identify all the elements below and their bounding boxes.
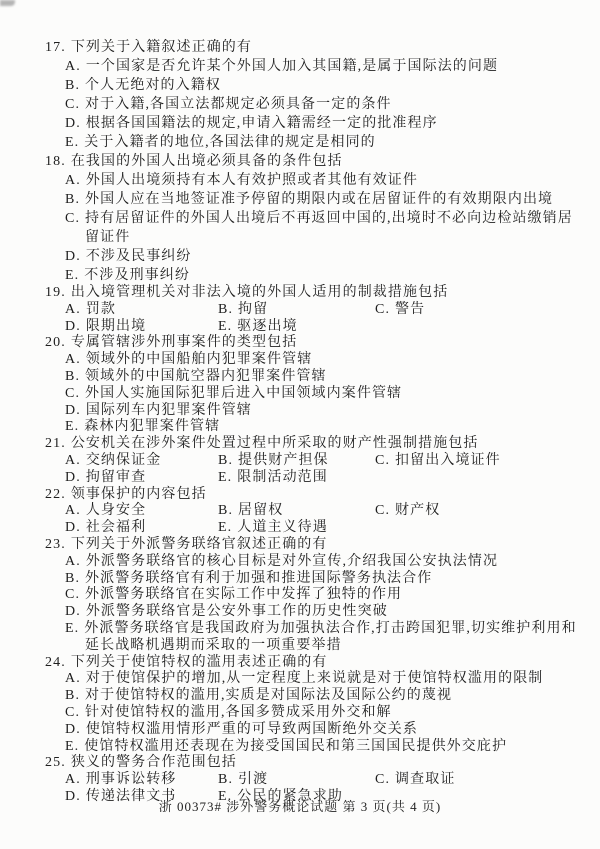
option-text: 关于入籍者的地位,各国法律的规定是相同的 — [84, 135, 376, 150]
option-label: D. — [65, 319, 81, 334]
answer-option: A.外国人出境须持有本人有效护照或者其他有效证件 — [65, 171, 578, 190]
option-text: 刑事诉讼转移 — [86, 772, 177, 787]
option-label: A. — [65, 453, 81, 468]
option-label: B. — [65, 369, 80, 384]
question-block: 21.公安机关在涉外案件处置过程中所采取的财产性强制措施包括A.交纳保证金B.提… — [45, 436, 578, 486]
question-title: 下列关于入籍叙述正确的有 — [71, 38, 578, 57]
option-text: 扣留出入境证件 — [395, 453, 501, 468]
option-label: D. — [65, 722, 81, 737]
option-label: A. — [65, 352, 81, 367]
options-row: A.交纳保证金B.提供财产担保C.扣留出入境证件 — [65, 453, 578, 470]
option-text: 社会福利 — [86, 520, 146, 535]
option-text: 外国人应在当地签证准予停留的期限内或在居留证件的有效期限内出境 — [85, 192, 553, 207]
option-text: 外国人出境须持有本人有效护照或者其他有效证件 — [86, 173, 418, 188]
option-label: D. — [65, 249, 81, 264]
option-label: D. — [65, 403, 81, 418]
answer-option: D.限期出境 — [65, 319, 218, 336]
options-row: A.刑事诉讼转移B.引渡C.调查取证 — [65, 772, 578, 789]
option-text: 对于入籍,各国立法都规定必须具备一定的条件 — [85, 97, 392, 112]
answer-option: C.对于入籍,各国立法都规定必须具备一定的条件 — [65, 95, 578, 114]
question-title: 出入境管理机关对非法入境的外国人适用的制裁措施包括 — [71, 285, 578, 302]
answer-option: A.罚款 — [65, 302, 218, 319]
question-title: 公安机关在涉外案件处置过程中所采取的财产性强制措施包括 — [71, 436, 578, 453]
option-label: A. — [65, 554, 81, 569]
option-text: 居留权 — [238, 503, 283, 518]
page-footer: 浙 00373# 涉外警务概论试题 第 3 页(共 4 页) — [0, 796, 600, 815]
option-text: 限期出境 — [86, 319, 146, 334]
option-label: C. — [65, 386, 80, 401]
option-text: 不涉及刑事纠纷 — [84, 268, 190, 283]
option-text: 对于使馆保护的增加,从一定程度上来说就是对于使馆特权滥用的限制 — [86, 671, 544, 686]
answer-option: E.外派警务联络官是我国政府为加强执法合作,打击跨国犯罪,切实维护利用和延长战略… — [65, 621, 578, 655]
option-text: 不涉及民事纠纷 — [86, 249, 192, 264]
question-title-line: 18.在我国的外国人出境必须具备的条件包括 — [45, 152, 578, 171]
answer-option: D.不涉及民事纠纷 — [65, 247, 578, 266]
option-text: 针对使馆特权的滥用,各国多赞成采用外交和解 — [85, 705, 392, 720]
answer-option: D.根据各国国籍法的规定,申请入籍需经一定的批准程序 — [65, 114, 578, 133]
option-label: B. — [65, 688, 80, 703]
answer-option: A.人身安全 — [65, 503, 218, 520]
answer-option: B.个人无绝对的入籍权 — [65, 76, 578, 95]
answer-option: B.提供财产担保 — [218, 453, 375, 470]
question-block: 23.下列关于外派警务联络官叙述正确的有A.外派警务联络官的核心目标是对外宣传,… — [45, 537, 578, 655]
answer-option: A.一个国家是否允许某个外国人加入其国籍,是属于国际法的问题 — [65, 57, 578, 76]
option-text: 拘留 — [238, 302, 268, 317]
option-label: A. — [65, 503, 81, 518]
question-number: 22. — [45, 487, 66, 504]
answer-option: D.社会福利 — [65, 520, 218, 537]
question-block: 19.出入境管理机关对非法入境的外国人适用的制裁措施包括A.罚款B.拘留C.警告… — [45, 285, 578, 335]
answer-option: B.引渡 — [218, 772, 375, 789]
question-number: 25. — [45, 755, 66, 772]
option-text: 限制活动范围 — [237, 470, 328, 485]
options-row: D.社会福利E.人道主义待遇 — [65, 520, 578, 537]
option-text: 根据各国国籍法的规定,申请入籍需经一定的批准程序 — [86, 116, 438, 131]
question-number: 18. — [45, 152, 66, 171]
option-label: C. — [375, 302, 390, 317]
option-text: 领域外的中国船舶内犯罪案件管辖 — [86, 352, 313, 367]
option-text: 警告 — [395, 302, 425, 317]
option-label: E. — [65, 419, 79, 434]
question-block: 17.下列关于入籍叙述正确的有A.一个国家是否允许某个外国人加入其国籍,是属于国… — [45, 38, 578, 152]
answer-option: D.外派警务联络官是公安外事工作的历史性突破 — [65, 604, 578, 621]
question-number: 21. — [45, 436, 66, 453]
answer-option: C.针对使馆特权的滥用,各国多赞成采用外交和解 — [65, 705, 578, 722]
option-label: D. — [65, 470, 81, 485]
question-title: 狭义的警务合作范围包括 — [71, 755, 578, 772]
answer-option: B.对于使馆特权的滥用,实质是对国际法及国际公约的蔑视 — [65, 688, 578, 705]
option-text: 个人无绝对的入籍权 — [85, 78, 221, 93]
option-text: 财产权 — [395, 503, 440, 518]
option-label: A. — [65, 671, 81, 686]
answer-option: E.限制活动范围 — [218, 470, 578, 487]
answer-option: E.驱逐出境 — [218, 319, 578, 336]
option-text: 交纳保证金 — [86, 453, 162, 468]
question-title: 下列关于外派警务联络官叙述正确的有 — [71, 537, 578, 554]
option-text: 对于使馆特权的滥用,实质是对国际法及国际公约的蔑视 — [85, 688, 452, 703]
option-label: E. — [218, 470, 232, 485]
question-title-line: 20.专属管辖涉外刑事案件的类型包括 — [45, 335, 578, 352]
question-block: 20.专属管辖涉外刑事案件的类型包括A.领域外的中国船舶内犯罪案件管辖B.领域外… — [45, 335, 578, 436]
answer-option: C.外国人实施国际犯罪后进入中国领域内案件管辖 — [65, 386, 578, 403]
answer-option: C.扣留出入境证件 — [375, 453, 578, 470]
answer-option: A.领域外的中国船舶内犯罪案件管辖 — [65, 352, 578, 369]
option-label: B. — [218, 453, 233, 468]
option-label: E. — [218, 319, 232, 334]
option-text: 使馆特权滥用情形严重的可导致两国断绝外交关系 — [86, 722, 418, 737]
option-label: E. — [65, 621, 79, 636]
answer-option: E.关于入籍者的地位,各国法律的规定是相同的 — [65, 133, 578, 152]
question-title: 专属管辖涉外刑事案件的类型包括 — [71, 335, 578, 352]
option-text: 外派警务联络官在实际工作中发挥了独特的作用 — [85, 587, 402, 602]
question-block: 22.领事保护的内容包括A.人身安全B.居留权C.财产权D.社会福利E.人道主义… — [45, 487, 578, 537]
option-label: A. — [65, 302, 81, 317]
option-text: 引渡 — [238, 772, 268, 787]
option-text: 调查取证 — [395, 772, 455, 787]
option-label: B. — [218, 302, 233, 317]
question-title: 在我国的外国人出境必须具备的条件包括 — [71, 152, 578, 171]
option-label: B. — [65, 192, 80, 207]
question-title-line: 19.出入境管理机关对非法入境的外国人适用的制裁措施包括 — [45, 285, 578, 302]
answer-option: A.刑事诉讼转移 — [65, 772, 218, 789]
option-text: 使馆特权滥用还表现在为接受国国民和第三国国民提供外交庇护 — [84, 739, 507, 754]
question-block: 18.在我国的外国人出境必须具备的条件包括A.外国人出境须持有本人有效护照或者其… — [45, 152, 578, 285]
answer-option: E.使馆特权滥用还表现在为接受国国民和第三国国民提供外交庇护 — [65, 739, 578, 756]
option-label: B. — [218, 772, 233, 787]
option-text: 人道主义待遇 — [237, 520, 328, 535]
question-title: 领事保护的内容包括 — [71, 487, 578, 504]
option-text: 国际列车内犯罪案件管辖 — [86, 403, 252, 418]
questions-list: 17.下列关于入籍叙述正确的有A.一个国家是否允许某个外国人加入其国籍,是属于国… — [0, 0, 600, 806]
option-label: E. — [65, 135, 79, 150]
option-label: E. — [65, 739, 79, 754]
question-title-line: 17.下列关于入籍叙述正确的有 — [45, 38, 578, 57]
option-label: D. — [65, 520, 81, 535]
answer-option: C.调查取证 — [375, 772, 578, 789]
answer-option: A.外派警务联络官的核心目标是对外宣传,介绍我国公安执法情况 — [65, 554, 578, 571]
answer-option: C.持有居留证件的外国人出境后不再返回中国的,出境时不必向边检站缴销居留证件 — [65, 209, 578, 247]
option-label: E. — [218, 520, 232, 535]
option-text: 一个国家是否允许某个外国人加入其国籍,是属于国际法的问题 — [86, 59, 498, 74]
options-row: D.拘留审查E.限制活动范围 — [65, 470, 578, 487]
answer-option: B.领域外的中国航空器内犯罪案件管辖 — [65, 369, 578, 386]
answer-option: D.拘留审查 — [65, 470, 218, 487]
option-text: 提供财产担保 — [238, 453, 329, 468]
exam-page: 17.下列关于入籍叙述正确的有A.一个国家是否允许某个外国人加入其国籍,是属于国… — [0, 0, 600, 849]
question-number: 19. — [45, 285, 66, 302]
option-text: 罚款 — [86, 302, 116, 317]
answer-option: A.交纳保证金 — [65, 453, 218, 470]
option-label: C. — [375, 453, 390, 468]
option-text: 拘留审查 — [86, 470, 146, 485]
question-title-line: 25.狭义的警务合作范围包括 — [45, 755, 578, 772]
answer-option: C.财产权 — [375, 503, 578, 520]
option-label: E. — [65, 268, 79, 283]
question-number: 23. — [45, 537, 66, 554]
option-text: 外派警务联络官有利于加强和推进国际警务执法合作 — [85, 571, 432, 586]
answer-option: B.外国人应在当地签证准予停留的期限内或在居留证件的有效期限内出境 — [65, 190, 578, 209]
answer-option: E.森林内犯罪案件管辖 — [65, 419, 578, 436]
question-block: 24.下列关于使馆特权的滥用表述正确的有A.对于使馆保护的增加,从一定程度上来说… — [45, 655, 578, 756]
option-text: 森林内犯罪案件管辖 — [84, 419, 220, 434]
option-label: D. — [65, 604, 81, 619]
option-label: A. — [65, 772, 81, 787]
option-text: 驱逐出境 — [237, 319, 297, 334]
option-label: A. — [65, 59, 81, 74]
question-title-line: 22.领事保护的内容包括 — [45, 487, 578, 504]
answer-option: E.不涉及刑事纠纷 — [65, 266, 578, 285]
option-label: B. — [218, 503, 233, 518]
question-number: 17. — [45, 38, 66, 57]
answer-option: D.国际列车内犯罪案件管辖 — [65, 403, 578, 420]
option-label: C. — [65, 705, 80, 720]
answer-option: E.人道主义待遇 — [218, 520, 578, 537]
options-row: A.罚款B.拘留C.警告 — [65, 302, 578, 319]
answer-option: B.外派警务联络官有利于加强和推进国际警务执法合作 — [65, 571, 578, 588]
answer-option: B.拘留 — [218, 302, 375, 319]
option-label: A. — [65, 173, 81, 188]
answer-option: A.对于使馆保护的增加,从一定程度上来说就是对于使馆特权滥用的限制 — [65, 671, 578, 688]
answer-option: C.警告 — [375, 302, 578, 319]
question-number: 20. — [45, 335, 66, 352]
option-text: 外派警务联络官是公安外事工作的历史性突破 — [86, 604, 388, 619]
option-text: 持有居留证件的外国人出境后不再返回中国的,出境时不必向边检站缴销居留证件 — [85, 211, 573, 245]
question-title-line: 24.下列关于使馆特权的滥用表述正确的有 — [45, 655, 578, 672]
option-text: 人身安全 — [86, 503, 146, 518]
option-label: C. — [65, 587, 80, 602]
option-label: C. — [375, 772, 390, 787]
answer-option: D.使馆特权滥用情形严重的可导致两国断绝外交关系 — [65, 722, 578, 739]
options-row: A.人身安全B.居留权C.财产权 — [65, 503, 578, 520]
option-label: C. — [65, 97, 80, 112]
option-label: B. — [65, 78, 80, 93]
question-title-line: 23.下列关于外派警务联络官叙述正确的有 — [45, 537, 578, 554]
options-row: D.限期出境E.驱逐出境 — [65, 319, 578, 336]
option-text: 外国人实施国际犯罪后进入中国领域内案件管辖 — [85, 386, 402, 401]
answer-option: C.外派警务联络官在实际工作中发挥了独特的作用 — [65, 587, 578, 604]
question-title: 下列关于使馆特权的滥用表述正确的有 — [71, 655, 578, 672]
option-label: C. — [375, 503, 390, 518]
option-label: B. — [65, 571, 80, 586]
question-title-line: 21.公安机关在涉外案件处置过程中所采取的财产性强制措施包括 — [45, 436, 578, 453]
option-label: C. — [65, 211, 80, 226]
question-number: 24. — [45, 655, 66, 672]
option-label: D. — [65, 116, 81, 131]
option-text: 领域外的中国航空器内犯罪案件管辖 — [85, 369, 327, 384]
option-text: 外派警务联络官的核心目标是对外宣传,介绍我国公安执法情况 — [86, 554, 498, 569]
option-text: 外派警务联络官是我国政府为加强执法合作,打击跨国犯罪,切实维护利用和延长战略机遇… — [84, 621, 576, 653]
answer-option: B.居留权 — [218, 503, 375, 520]
